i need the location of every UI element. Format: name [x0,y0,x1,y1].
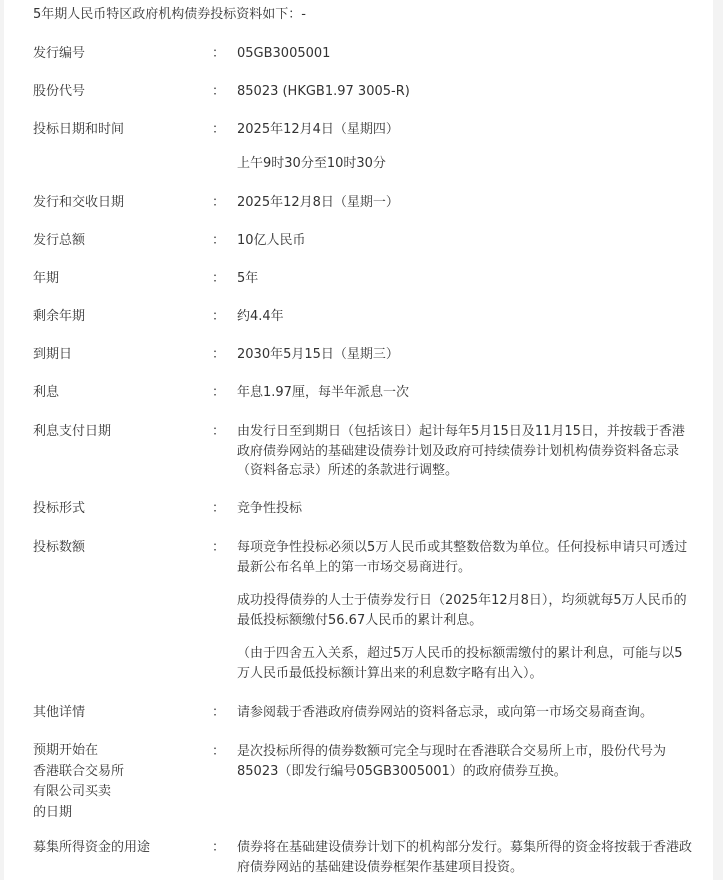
row-separator: ： [212,741,222,762]
row-label: 年期 [33,268,203,289]
row-separator: ： [212,537,222,558]
row-separator: ： [212,230,222,251]
row-value: 竞争性投标 [237,498,692,519]
row-value: 请参阅载于香港政府债券网站的资料备忘录，或向第一市场交易商查询。 [237,702,692,723]
row-value: 由发行日至到期日（包括该日）起计每年5月15日及11月15日，并按载于香港政府债… [237,422,692,481]
row-value: 10亿人民币 [237,230,692,251]
row-value: 年息1.97厘，每半年派息一次 [237,382,692,403]
row-value: 是次投标所得的债券数额可完全与现时在香港联合交易所上市，股份代号为85023（即… [237,742,692,781]
tender-amount-paragraph: 每项竞争性投标必须以5万人民币或其整数倍数为单位。任何投标申请只可透过最新公布名… [237,538,692,577]
row-value: 每项竞争性投标必须以5万人民币或其整数倍数为单位。任何投标申请只可透过最新公布名… [237,538,692,683]
row-separator: ： [212,344,222,365]
row-label: 股份代号 [33,81,203,102]
row-label: 其他详情 [33,702,203,723]
row-label: 发行总额 [33,230,203,251]
row-value: 2025年12月8日（星期一） [237,192,692,213]
row-separator: ： [212,268,222,289]
row-separator: ： [212,119,222,140]
row-label: 利息 [33,382,203,403]
row-value: 5年 [237,268,692,289]
row-separator: ： [212,498,222,519]
row-value: 2025年12月4日（星期四） [237,119,692,140]
row-label: 预期开始在 香港联合交易所 有限公司买卖 的日期 [33,741,203,823]
row-label: 投标日期和时间 [33,119,203,140]
row-label: 募集所得资金的用途 [33,837,203,858]
row-value: 债券将在基础建设债券计划下的机构部分发行。募集所得的资金将按载于香港政府债券网站… [237,838,692,877]
row-separator: ： [212,382,222,403]
rounding-note-paragraph: （由于四舍五入关系，超过5万人民币的投标额需缴付的累计利息，可能与以5万人民币最… [237,644,692,683]
row-separator: ： [212,702,222,723]
row-separator: ： [212,837,222,858]
row-value-time: 上午9时30分至10时30分 [237,153,692,174]
row-separator: ： [212,192,222,213]
row-separator: ： [212,421,222,442]
row-label: 投标数额 [33,537,203,558]
row-value: 85023 (HKGB1.97 3005-R) [237,81,692,102]
row-label: 到期日 [33,344,203,365]
row-separator: ： [212,306,222,327]
row-value: 2030年5月15日（星期三） [237,344,692,365]
row-value: 约4.4年 [237,306,692,327]
row-label: 投标形式 [33,498,203,519]
row-value: 05GB3005001 [237,43,692,64]
row-separator: ： [212,43,222,64]
document-page: 5年期人民币特区政府机构债券投标资料如下：- 发行编号 ： 05GB300500… [4,0,713,880]
row-label: 剩余年期 [33,306,203,327]
accrued-interest-paragraph: 成功投得债券的人士于债券发行日（2025年12月8日），均须就每5万人民币的最低… [237,591,692,630]
row-label: 发行编号 [33,43,203,64]
intro-heading: 5年期人民币特区政府机构债券投标资料如下：- [33,6,306,24]
row-label: 发行和交收日期 [33,192,203,213]
row-label: 利息支付日期 [33,421,203,442]
row-separator: ： [212,81,222,102]
